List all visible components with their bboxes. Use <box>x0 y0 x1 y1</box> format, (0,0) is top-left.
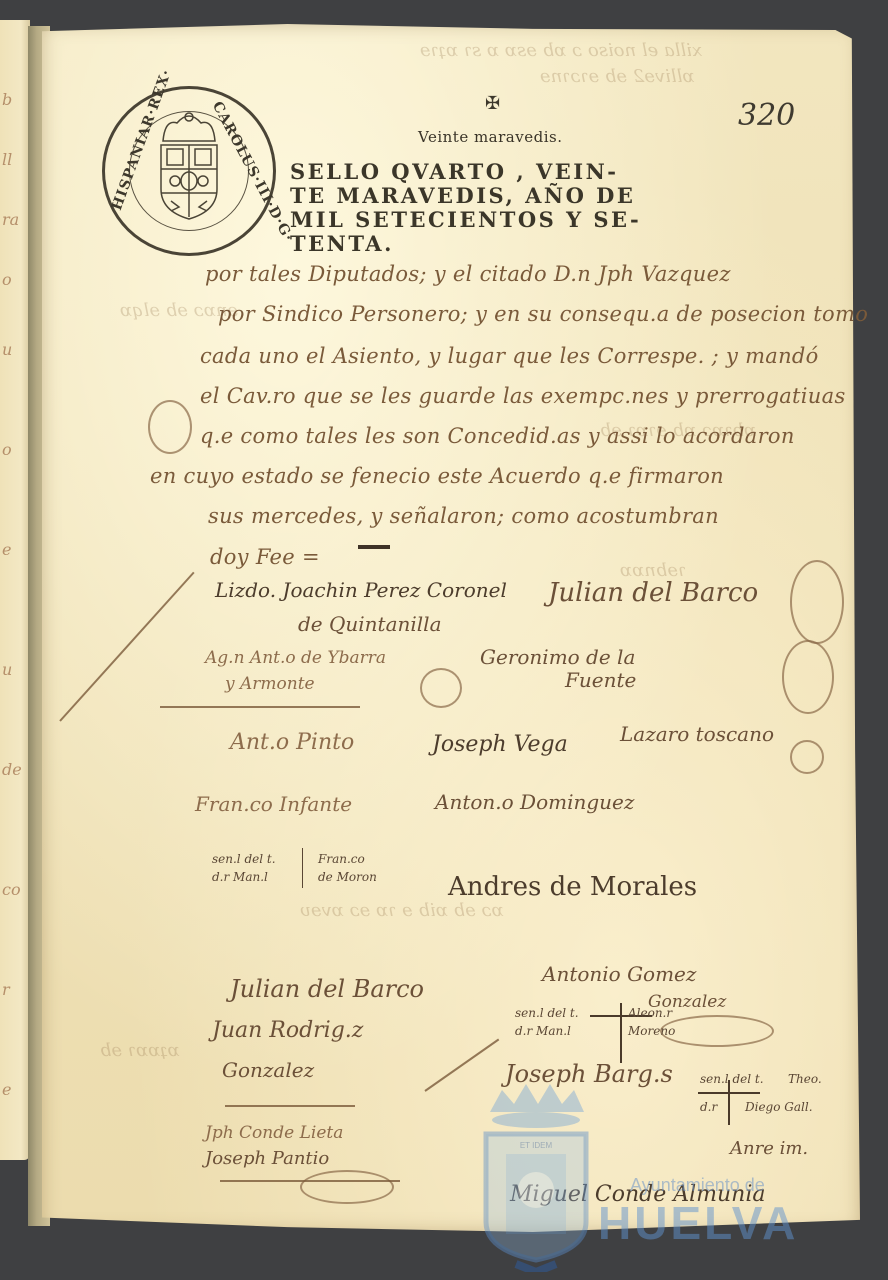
signature: Fuente <box>565 668 636 692</box>
facing-page-edge: b ll ra o u o e u de co r e <box>0 20 30 1160</box>
body-line: el Cav.ro que se les guarde las exempc.n… <box>200 384 846 408</box>
royal-seal-stamp: HISPANIAR·REX· CAROLUS·III·D·G· <box>102 86 276 256</box>
rubric-flourish <box>782 640 834 714</box>
signature: Ant.o Pinto <box>230 730 354 755</box>
facing-page-fragment: ll <box>2 150 12 169</box>
pen-underline <box>160 706 360 708</box>
witness-note-left: sen.l del t. <box>515 1006 579 1020</box>
witness-note-left: sen.l del t. <box>700 1072 764 1086</box>
stamp-value-line: Veinte maravedis. <box>418 128 562 146</box>
body-line: por tales Diputados; y el citado D.n Jph… <box>205 262 731 286</box>
huelva-coat-of-arms-watermark-icon: ET IDEM <box>476 1082 596 1272</box>
bleed-through-text: ɒʇɒɒɿ ɘb <box>100 1040 180 1061</box>
body-line: doy Fee = <box>210 545 320 569</box>
body-line: sus mercedes, y señalaron; como acostumb… <box>208 504 719 528</box>
witness-note-right: de Moron <box>318 870 377 884</box>
facing-page-fragment: e <box>2 540 11 559</box>
signature: de Quintanilla <box>298 612 442 636</box>
facing-page-fragment: o <box>2 270 12 289</box>
folio-number: 320 <box>738 98 795 133</box>
facing-page-fragment: ra <box>2 210 19 229</box>
signature: Fran.co Infante <box>195 792 352 816</box>
pen-underline <box>220 1180 400 1182</box>
ink-dash-mark <box>358 545 390 549</box>
facing-page-fragment: co <box>2 880 21 899</box>
facing-page-fragment: e <box>2 1080 11 1099</box>
watermark-motto: ET IDEM <box>520 1141 553 1150</box>
signature: Ag.n Ant.o de Ybarra <box>205 648 386 668</box>
cross-ornament-icon: ✠ <box>485 93 500 114</box>
witness-note-right: Theo. <box>788 1072 822 1086</box>
stamp-title-line: TENTA. <box>290 232 730 256</box>
watermark-city: HUELVA <box>598 1196 798 1250</box>
facing-page-fragment: b <box>2 90 12 109</box>
witness-note-right: Fran.co <box>318 852 365 866</box>
body-line: por Sindico Personero; y en su consequ.a… <box>218 302 868 326</box>
signature: Geronimo de la <box>480 645 635 669</box>
rubric-flourish <box>790 740 824 774</box>
facing-page-fragment: u <box>2 660 12 679</box>
signature: y Armonte <box>225 674 315 694</box>
margin-paraph-flourish <box>148 400 192 454</box>
stamp-title-line: TE MARAVEDIS, AÑO DE <box>290 184 730 208</box>
cross-mark-icon <box>728 1080 730 1125</box>
witness-note-right: Moreno <box>628 1024 675 1038</box>
signature: Jph Conde Lieta <box>205 1123 343 1143</box>
facing-page-fragment: r <box>2 980 10 999</box>
witness-note-left: sen.l del t. <box>212 852 276 866</box>
body-line: cada uno el Asiento, y lugar que les Cor… <box>200 344 819 368</box>
stamp-title-line: SELLO QVARTO , VEIN- <box>290 160 730 184</box>
facing-page-fragment: u <box>2 340 12 359</box>
witness-note-left: d.r Man.l <box>212 870 268 884</box>
signature: Julian del Barco <box>548 578 758 608</box>
signature: Juan Rodrig.z <box>212 1018 363 1043</box>
signature: Lizdo. Joachin Perez Coronel <box>215 578 507 602</box>
bleed-through-text: ɒllivɘ2 ɘb ɘɿɔɿnɘ <box>540 66 695 87</box>
signature: Anre im. <box>730 1138 808 1159</box>
rubric-flourish <box>420 668 462 708</box>
signature: Gonzalez <box>222 1058 314 1082</box>
rubric-flourish <box>300 1170 394 1204</box>
signature: Andres de Morales <box>448 872 697 902</box>
witness-note-divider <box>302 848 303 888</box>
witness-note-left: d.r Man.l <box>515 1024 571 1038</box>
pen-underline <box>225 1105 355 1107</box>
witness-note-right: Diego Gall. <box>745 1100 813 1114</box>
watermark-institution: Ayuntamiento de <box>630 1175 765 1196</box>
rubric-flourish <box>660 1015 774 1047</box>
bleed-through-text: xilla el noiso ɔ ɒb ɘsɒ ɒ sɿ ɒʇɿɘ <box>420 40 702 61</box>
witness-note-left: d.r <box>700 1100 717 1114</box>
body-line: q.e como tales les son Concedid.as y ass… <box>200 424 795 448</box>
bleed-through-text: ɒɔ ɘb ɒib ɘ ɿɒ ɘɔ ɒvɘυ <box>300 900 504 921</box>
body-line: en cuyo estado se fenecio este Acuerdo q… <box>150 464 724 488</box>
stamp-title-line: MIL SETECIENTOS Y SE- <box>290 208 730 232</box>
signature: Joseph Vega <box>432 732 568 757</box>
signature: Anton.o Dominguez <box>435 790 634 814</box>
facing-page-fragment: de <box>2 760 22 779</box>
witness-note-right: Aleon.r <box>628 1006 672 1020</box>
signature: Julian del Barco <box>230 975 424 1003</box>
signature: Joseph Pantio <box>205 1148 329 1169</box>
facing-page-fragment: o <box>2 440 12 459</box>
rubric-flourish <box>790 560 844 644</box>
signature: Lazaro toscano <box>620 722 774 746</box>
signature: Antonio Gomez <box>542 962 696 986</box>
cross-mark-icon <box>620 1003 622 1063</box>
stamp-title: SELLO QVARTO , VEIN- TE MARAVEDIS, AÑO D… <box>290 160 730 256</box>
